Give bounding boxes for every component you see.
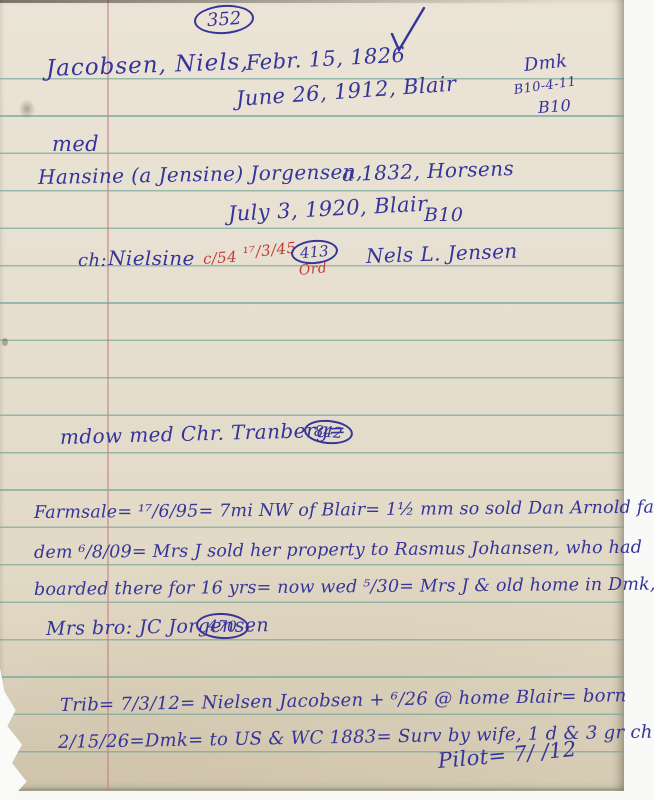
- marriage-label: med: [52, 133, 99, 156]
- child-red-note-3: Ord: [298, 261, 328, 279]
- page-top-edge-shadow: [0, 0, 590, 3]
- child-name: Nielsine: [108, 247, 195, 269]
- record-number-circled: 352: [193, 3, 255, 36]
- child-spouse-name: Nels L. Jensen: [366, 240, 518, 267]
- paper-speck: [2, 338, 8, 346]
- scanned-page: 352 Jacobsen, Niels, Febr. 15, 1826 Dmk …: [0, 0, 624, 791]
- reference-code-bottom: B10: [537, 97, 571, 117]
- children-label: ch:: [78, 251, 107, 271]
- spouse-code: B10: [424, 205, 463, 226]
- paper-stain: [16, 96, 38, 122]
- child-red-note-1: c/54: [202, 249, 237, 268]
- spouse-birth: a 1832, Horsens: [342, 157, 515, 185]
- margin-line: [107, 0, 109, 791]
- principal-birth-place: Dmk: [523, 51, 568, 75]
- spouse-name: Hansine (a Jensine) Jorgensen,: [38, 160, 363, 188]
